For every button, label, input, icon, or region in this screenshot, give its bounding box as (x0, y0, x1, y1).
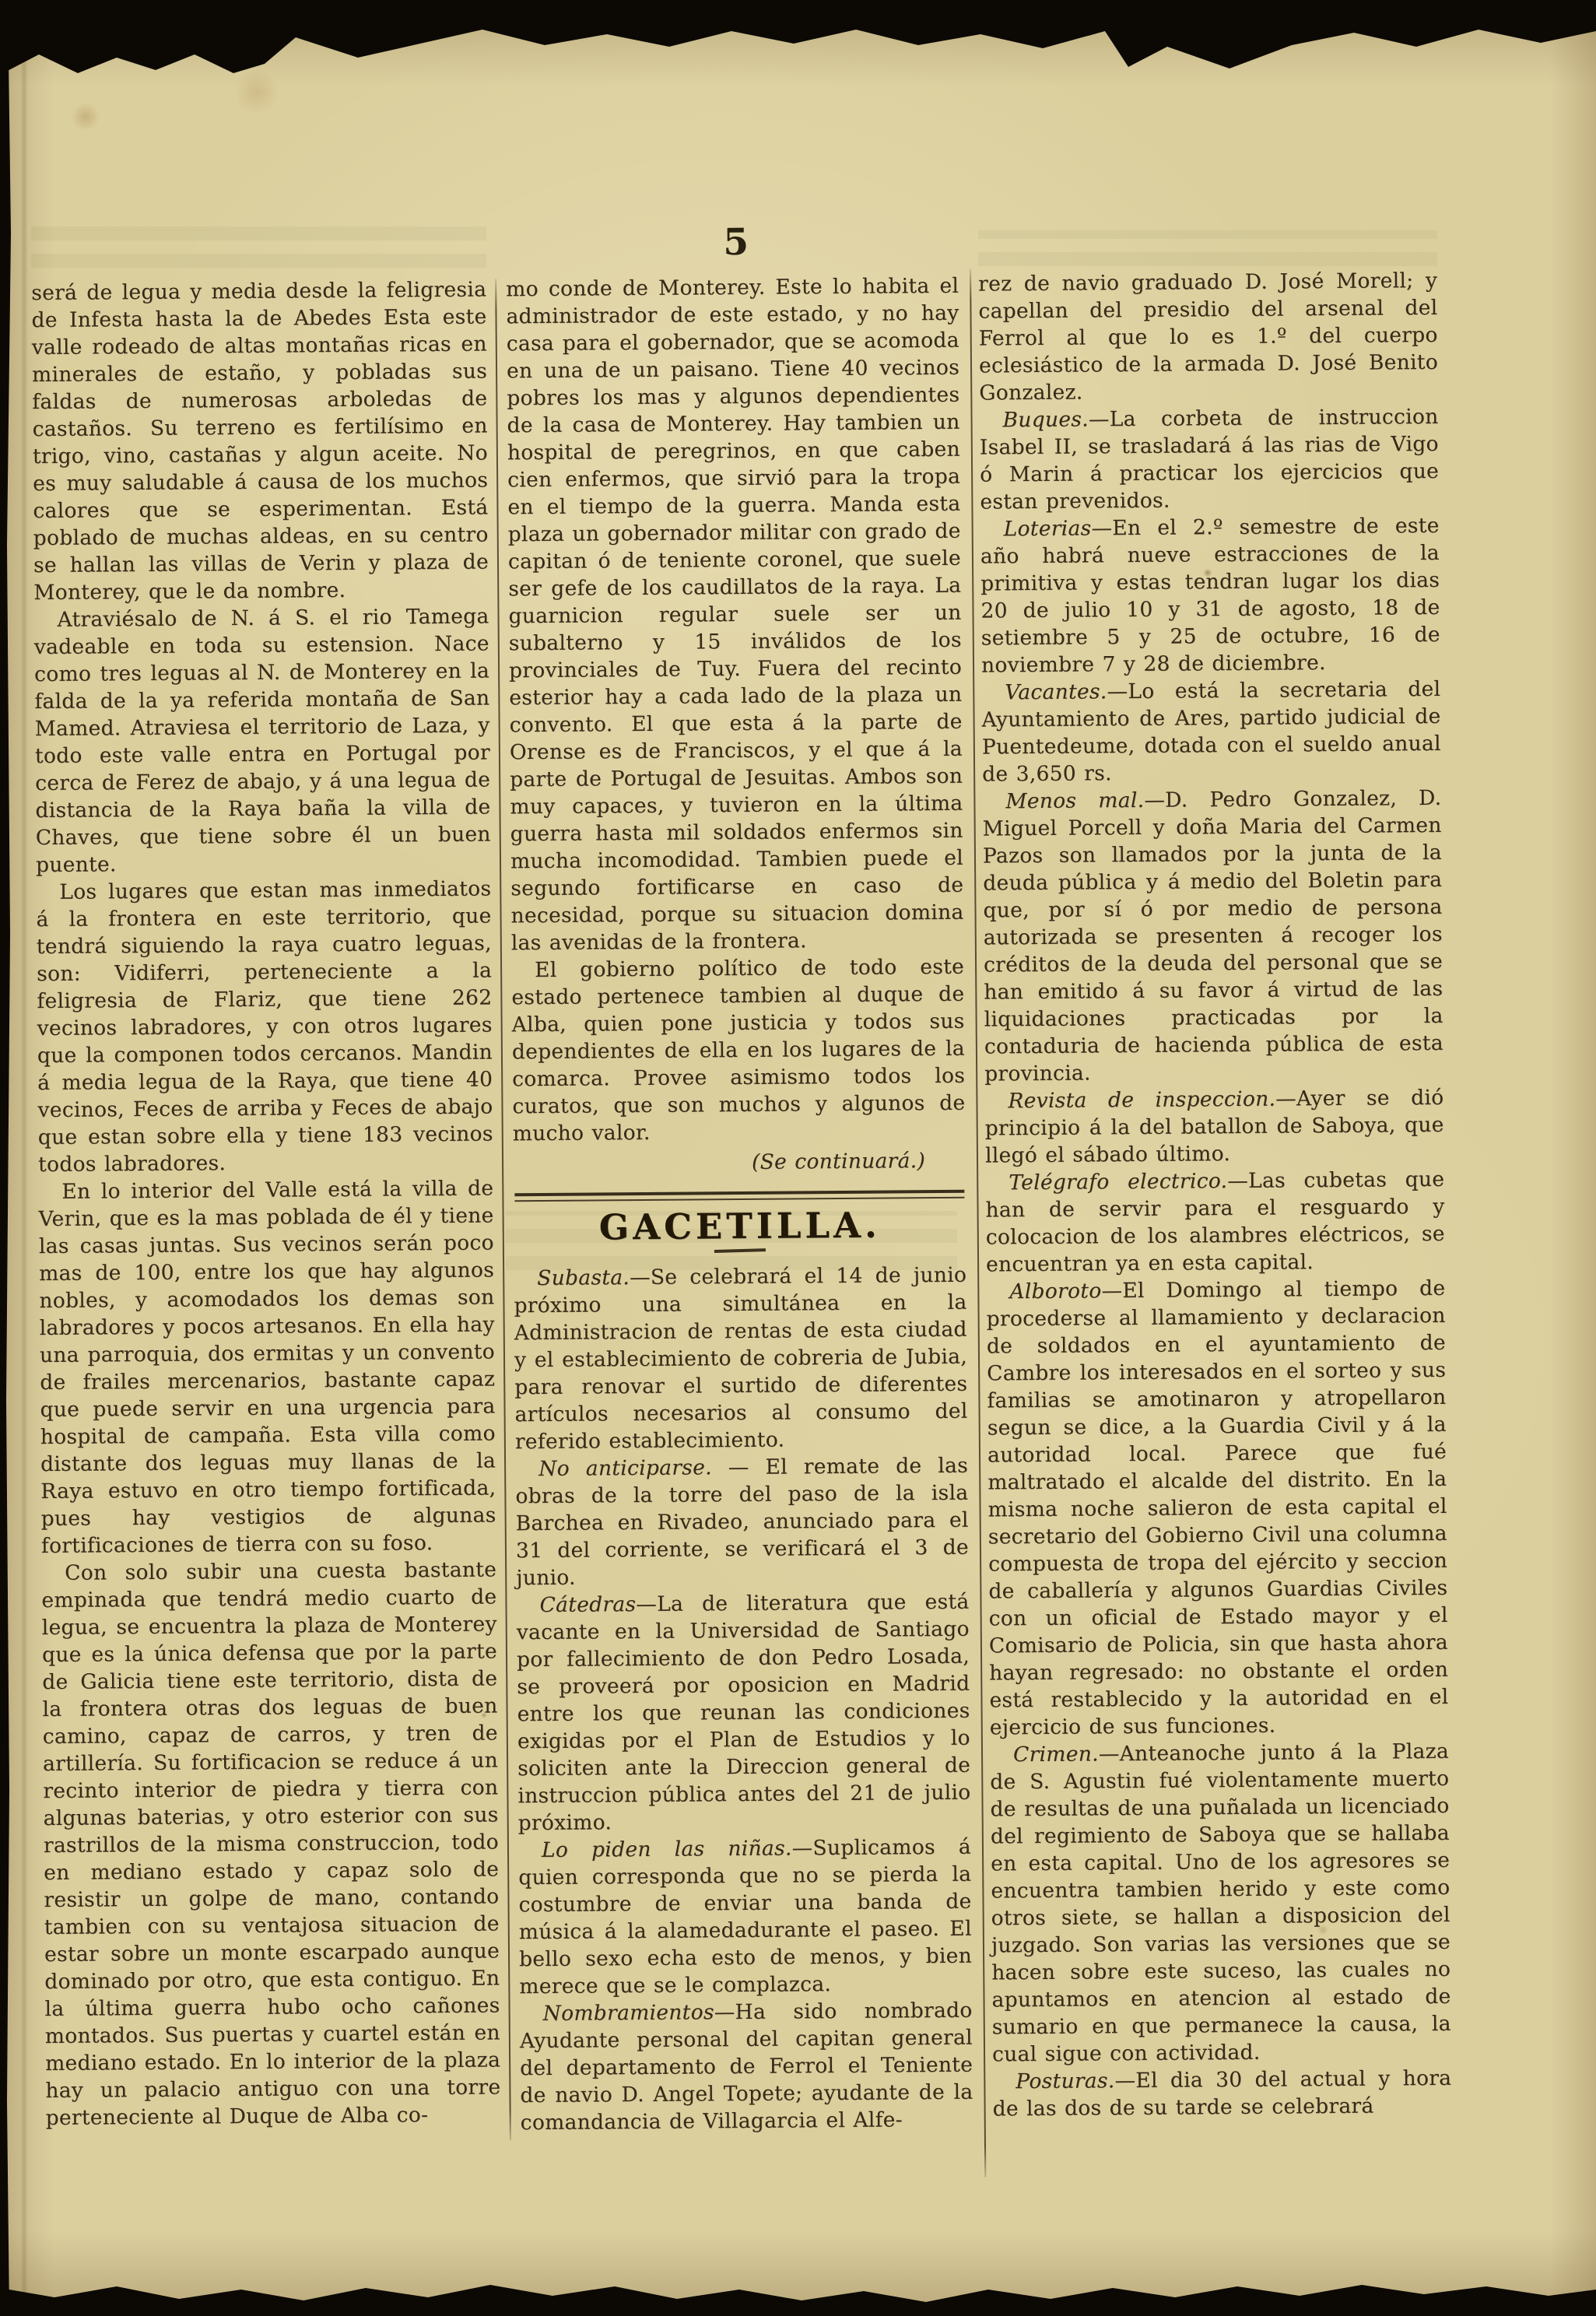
article-paragraph: mo conde de Monterey. Este lo habita el … (506, 272, 964, 957)
gacetilla-items: Buques.—La corbeta de instruccion Isabel… (979, 403, 1451, 2123)
column-2: mo conde de Monterey. Este lo habita el … (506, 272, 973, 2136)
section-divider-double-rule (514, 1190, 964, 1202)
article-paragraph: rez de navio graduado D. José Morell; y … (978, 267, 1438, 407)
news-item-title: Vacantes. (1005, 679, 1107, 704)
news-item-title: Telégrafo electrico. (1008, 1169, 1227, 1195)
news-item: Loterias—En el 2.º semestre de este año … (980, 512, 1441, 679)
news-item: Telégrafo electrico.—Las cubetas que han… (985, 1166, 1445, 1279)
newspaper-page-scan: 5 será de legua y media desde la feligre… (0, 0, 1596, 2316)
news-item: Menos mal.—D. Pedro Gonzalez, D. Miguel … (982, 784, 1443, 1088)
column-1: será de legua y media desde la feligresi… (31, 276, 501, 2132)
title-underline-dash (714, 1248, 766, 1253)
news-item-title: Alboroto (1009, 1279, 1101, 1304)
article-paragraph: El gobierno político de todo este estado… (511, 953, 966, 1148)
news-item: Subasta.—Se celebrará el 14 de junio pró… (514, 1262, 968, 1456)
news-item-text: —Anteanoche junto á la Plaza de S. Agust… (990, 1739, 1451, 2067)
news-item-title: Lo piden las niñas. (542, 1837, 792, 1863)
news-item: Nombramientos—Ha sido nombrado Ayudante … (520, 1997, 973, 2137)
news-item-title: Revista de inspeccion. (1008, 1087, 1275, 1114)
news-item-title: Menos mal. (1005, 788, 1144, 813)
article-paragraph: Atraviésalo de N. á S. el rio Tamega vad… (33, 603, 491, 879)
printed-content: 5 será de legua y media desde la feligre… (0, 0, 1596, 2316)
news-item-text: —La de literatura que está vacante en la… (517, 1590, 971, 1836)
article-paragraph: Los lugares que estan mas inmediatos á l… (36, 876, 493, 1179)
news-item-title: Loterias (1004, 516, 1092, 541)
news-item-title: Posturas. (1015, 2069, 1114, 2093)
news-item-title: Cátedras (539, 1592, 636, 1617)
page-number: 5 (689, 221, 783, 265)
news-item-title: Crimen. (1013, 1742, 1099, 1767)
news-item-text: —Se celebrará el 14 de junio próximo una… (514, 1263, 967, 1455)
gacetilla-section-title: GACETILLA. (514, 1211, 966, 1242)
news-item-text: —El Domingo al tiempo de procederse al l… (987, 1276, 1449, 1740)
news-item: Vacantes.—Lo está la secretaria del Ayun… (981, 675, 1441, 788)
news-item: Buques.—La corbeta de instruccion Isabel… (979, 403, 1439, 516)
continuation-note: (Se continuará.) (513, 1147, 966, 1178)
article-paragraph: En lo interior del Valle está la villa d… (38, 1175, 496, 1560)
gacetilla-items: Subasta.—Se celebrará el 14 de junio pró… (514, 1262, 973, 2137)
news-item-title: Nombramientos (543, 2000, 714, 2026)
news-item: Crimen.—Anteanoche junto á la Plaza de S… (990, 1738, 1451, 2069)
news-item: Revista de inspeccion.—Ayer se dió princ… (984, 1084, 1444, 1170)
news-item-title: Buques. (1002, 407, 1089, 432)
news-item-title: Subasta. (537, 1265, 630, 1290)
news-item-title: No anticiparse. (538, 1455, 712, 1481)
news-item: No anticiparse. — El remate de las obras… (515, 1452, 969, 1592)
article-paragraph: Con solo subir una cuesta bastante empin… (41, 1556, 501, 2132)
news-item: Alboroto—El Domingo al tiempo de procede… (986, 1275, 1449, 1742)
news-item: Lo piden las niñas.—Suplicamos á quien c… (518, 1833, 973, 2001)
news-item: Cátedras—La de literatura que está vacan… (516, 1588, 970, 1837)
article-paragraph: será de legua y media desde la feligresi… (31, 276, 489, 607)
news-item: Posturas.—El dia 30 del actual y hora de… (992, 2065, 1452, 2123)
column-3: rez de navio graduado D. José Morell; y … (978, 267, 1452, 2123)
news-item-text: —D. Pedro Gonzalez, D. Miguel Porcell y … (983, 786, 1443, 1086)
